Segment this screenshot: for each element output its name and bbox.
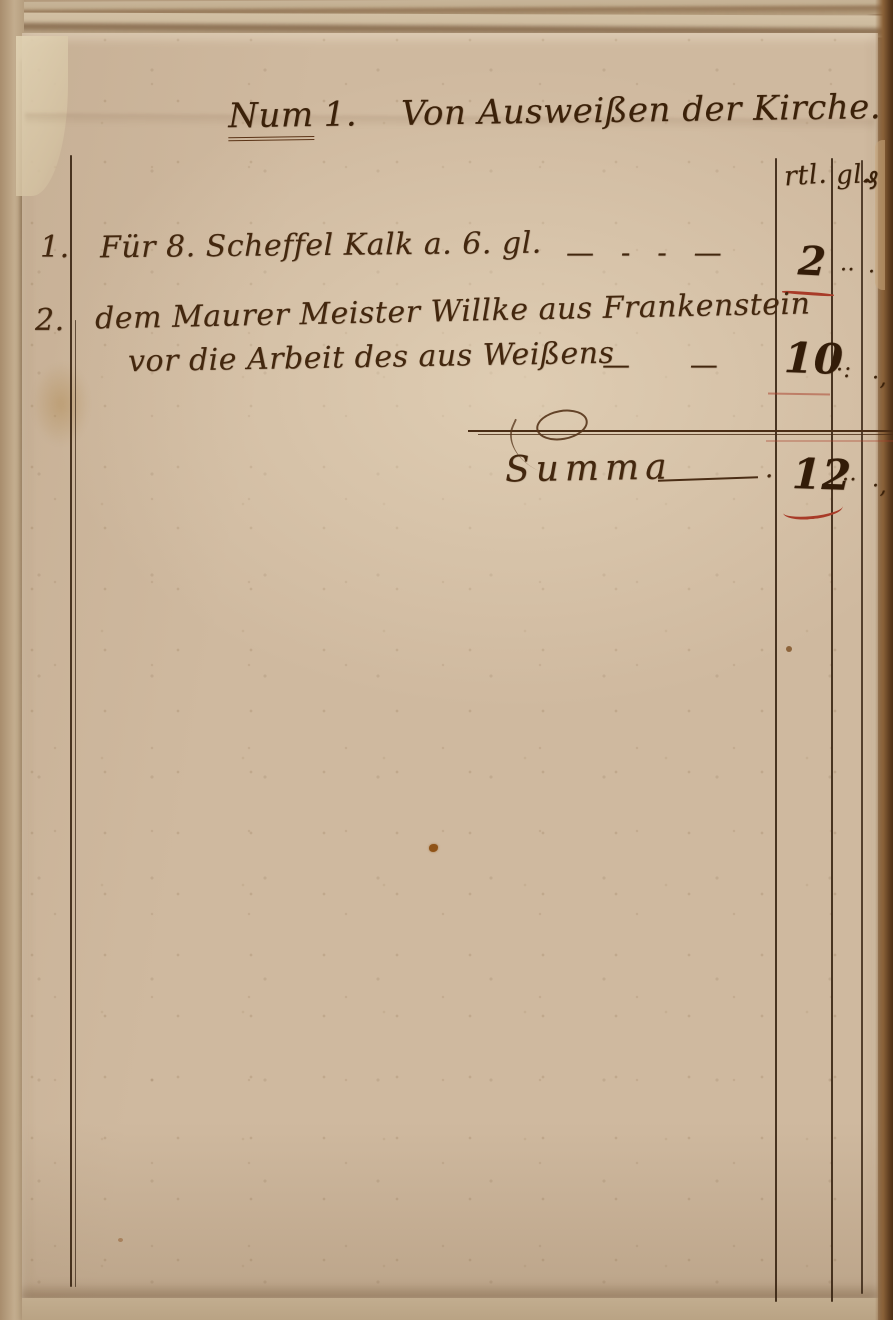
heading-number: 1.	[323, 94, 357, 134]
row-number: 1.	[40, 230, 70, 265]
summa-groschen: ··	[842, 468, 857, 493]
paper-speck	[118, 1238, 123, 1242]
thaler-column-rule	[775, 158, 777, 1302]
amount-thaler: 2	[797, 237, 828, 285]
amount-groschen: ·:	[836, 358, 851, 383]
paper-stain	[32, 362, 90, 446]
summa-dot: ·	[765, 462, 774, 492]
amount-pfennig: ·,	[872, 366, 887, 391]
filler-dashes: — - - —	[566, 236, 731, 269]
scanned-ledger-page: Num1.Von Ausweißen der Kirche. rtl. gl. …	[0, 0, 893, 1320]
heading-title: Von Ausweißen der Kirche.	[401, 87, 881, 134]
page-heading: Num1.Von Ausweißen der Kirche.	[182, 47, 882, 177]
amount-groschen: ··	[840, 258, 855, 283]
row-number: 2.	[35, 303, 65, 338]
pfennig-column-rule	[861, 160, 863, 1294]
column-header-pfennig: ₰	[863, 166, 879, 195]
entry-text: Für 8. Scheffel Kalk a. 6. gl.	[100, 226, 542, 266]
filler-dashes: — —	[602, 348, 732, 381]
paper-speck	[786, 646, 792, 652]
amount-pfennig: ·	[868, 260, 876, 285]
horizontal-crease-bottom	[22, 1284, 878, 1298]
ledger-sheet	[22, 33, 878, 1299]
summa-pfennig: ·,	[872, 474, 887, 499]
heading-number-abbrev: Num	[228, 95, 314, 141]
column-header-thaler: rtl.	[783, 159, 828, 193]
red-rule-faint	[766, 440, 893, 442]
left-margin-rule	[70, 155, 72, 1287]
summa-label: Summa	[505, 447, 673, 491]
groschen-column-rule	[831, 158, 833, 1302]
bottom-page-edge	[22, 1298, 878, 1320]
